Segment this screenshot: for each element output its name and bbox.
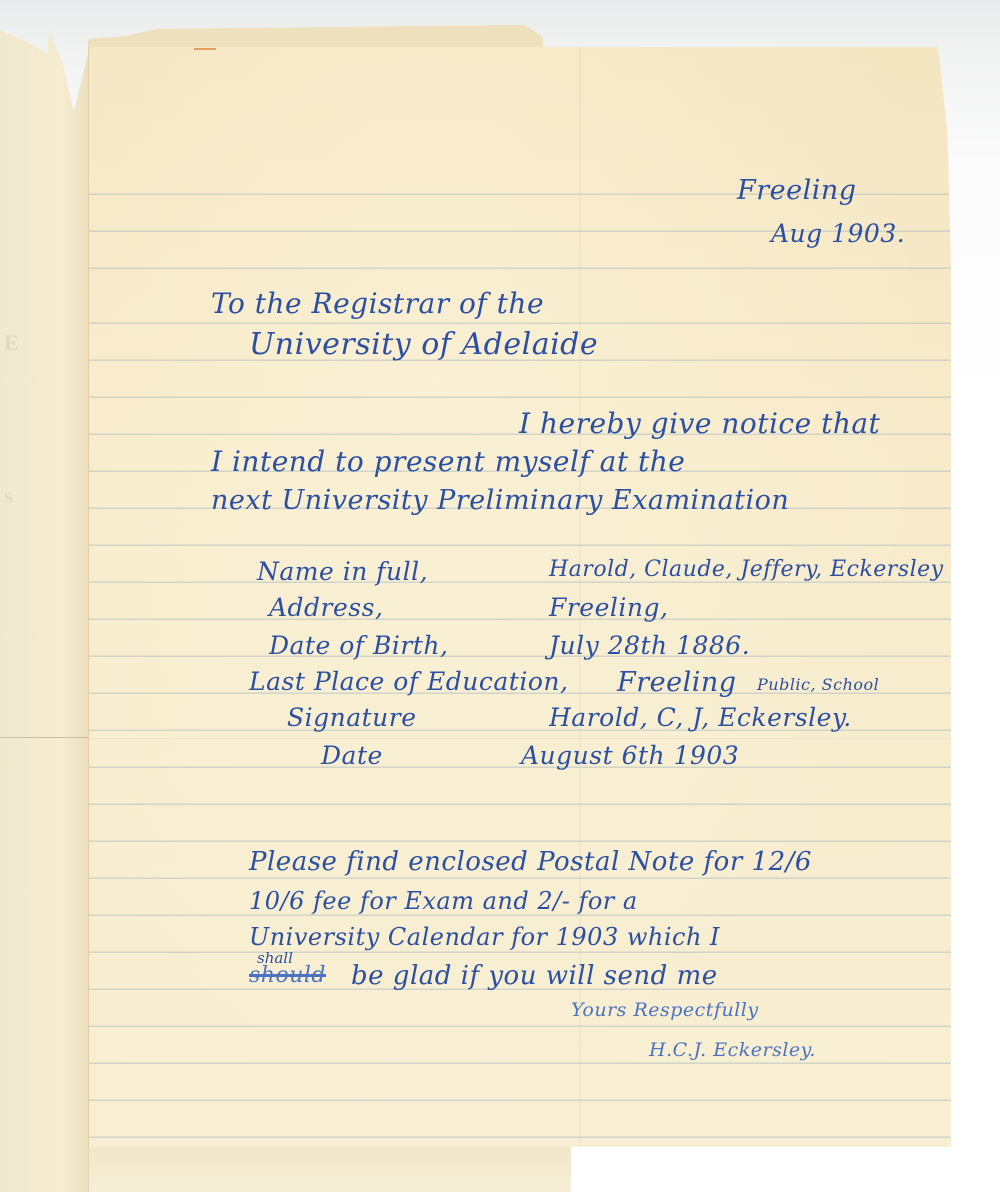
- closing-signature: H.C.J. Eckersley.: [649, 1039, 816, 1061]
- field-label-date: Date: [321, 741, 383, 770]
- field-value-signature: Harold, C, J, Eckersley.: [549, 703, 852, 732]
- ink-mark: [194, 48, 216, 50]
- field-label-dob: Date of Birth,: [269, 631, 448, 660]
- postscript-struck-word: should: [249, 963, 326, 988]
- field-value-name: Harold, Claude, Jeffery, Eckersley: [549, 557, 944, 582]
- postscript-line-4: be glad if you will send me: [351, 961, 718, 991]
- field-value-education-suffix: Public, School: [757, 675, 879, 694]
- body-line-3: next University Preliminary Examination: [211, 485, 789, 516]
- heading-date: Aug 1903.: [771, 219, 905, 248]
- heading-place: Freeling: [737, 175, 857, 206]
- field-value-education: Freeling: [617, 667, 737, 698]
- postscript-line-2: 10/6 fee for Exam and 2/- for a: [249, 887, 638, 915]
- body-line-2: I intend to present myself at the: [211, 445, 685, 478]
- field-label-signature: Signature: [287, 703, 417, 732]
- field-value-dob: July 28th 1886.: [549, 631, 750, 660]
- field-label-education: Last Place of Education,: [249, 667, 568, 696]
- postscript-line-3: University Calendar for 1903 which I: [249, 923, 720, 951]
- postscript-line-1: Please find enclosed Postal Note for 12/…: [249, 847, 812, 877]
- field-value-date: August 6th 1903: [521, 741, 739, 770]
- salutation-line-1: To the Registrar of the: [211, 287, 544, 320]
- fold-crease: [0, 737, 90, 738]
- field-value-address: Freeling,: [549, 593, 668, 622]
- closing-valediction: Yours Respectfully: [571, 999, 759, 1021]
- faded-print-fragment: E: [4, 330, 19, 356]
- salutation-line-2: University of Adelaide: [249, 327, 598, 362]
- underlying-left-sheet: E S: [0, 30, 90, 1192]
- body-line-1: I hereby give notice that: [519, 407, 880, 440]
- back-sheet-bottom-edge: [88, 1140, 571, 1192]
- letter-page: Freeling Aug 1903. To the Registrar of t…: [88, 47, 951, 1147]
- horizontal-fold: [89, 737, 951, 739]
- field-label-address: Address,: [269, 593, 383, 622]
- field-label-name: Name in full,: [257, 557, 428, 586]
- faded-print-fragment: S: [4, 490, 13, 508]
